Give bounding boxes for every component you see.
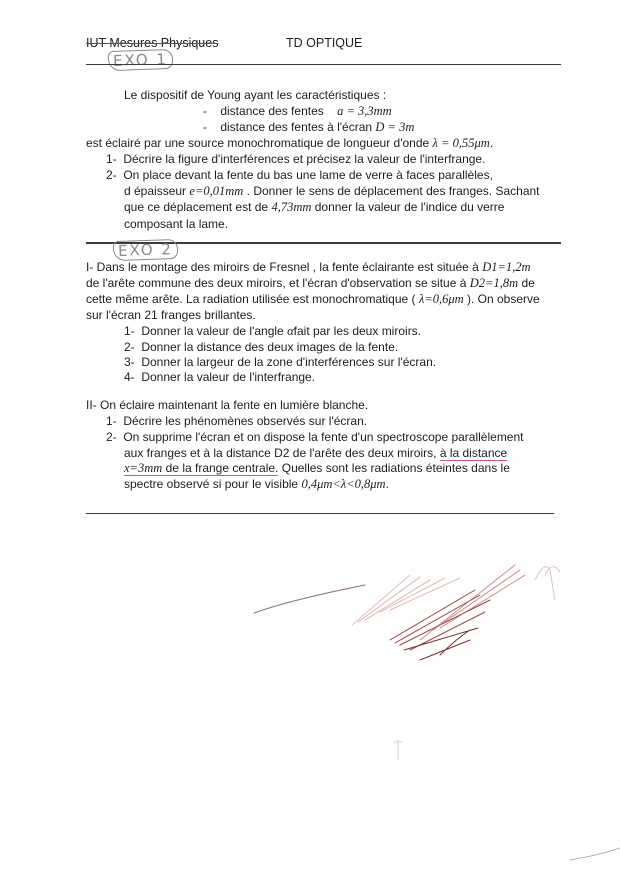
pen-scribble-marks [0,0,620,876]
